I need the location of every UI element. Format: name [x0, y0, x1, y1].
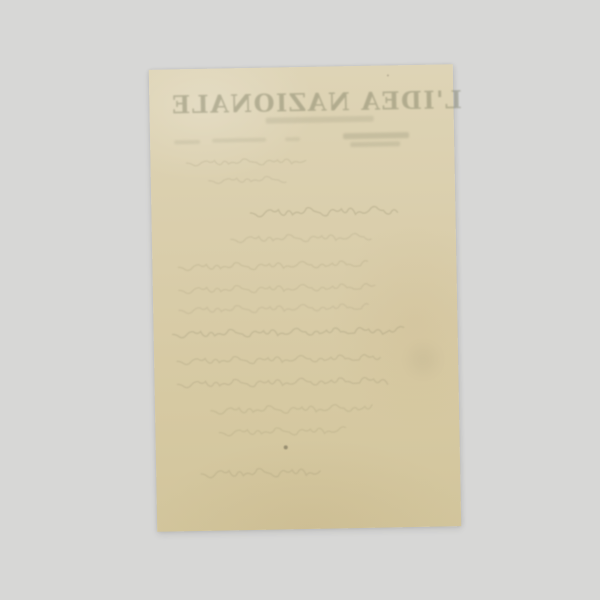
- body-line-4: [179, 303, 368, 314]
- date-script-2: [209, 176, 286, 184]
- letter-paper-verso: L'IDEA NAZIONALE: [149, 64, 461, 531]
- body-line-7: [177, 377, 387, 388]
- letter-photo: L'IDEA NAZIONALE: [0, 0, 600, 600]
- closing-line-2: [219, 427, 345, 437]
- date-script-1: [186, 158, 305, 166]
- salutation: [250, 206, 397, 217]
- body-line-5: [173, 326, 404, 338]
- body-line-3: [179, 283, 375, 294]
- ink-speck-bottom: [284, 445, 288, 449]
- body-line-1: [231, 233, 371, 243]
- signature: [201, 467, 320, 478]
- body-line-6: [177, 354, 380, 365]
- handwriting-bleedthrough-layer: [149, 64, 461, 531]
- closing-line-1: [211, 404, 372, 415]
- body-line-2: [178, 260, 367, 271]
